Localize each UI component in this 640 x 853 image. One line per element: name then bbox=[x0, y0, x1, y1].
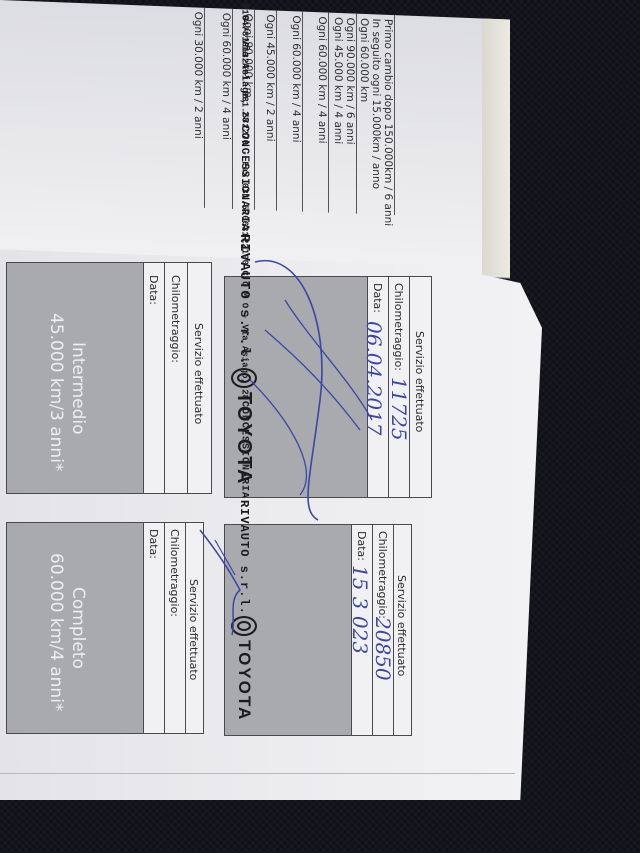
service-header: Servizio effettuato bbox=[186, 523, 202, 733]
service-card-completo: Completo 60.000 km/4 anni* Data: Chilome… bbox=[6, 522, 204, 734]
mileage-label: Chilometraggio: bbox=[169, 275, 182, 363]
interval-text: Ogni 45.000 km / 4 anni bbox=[332, 17, 344, 145]
date-field[interactable]: Data: bbox=[144, 523, 165, 733]
interval-text: Ogni 30.000 km / 2 anni bbox=[192, 11, 204, 139]
stamp-panel: TOYOTA RIVAUTO s.r.l. CONCESSIONARIA 221… bbox=[225, 525, 352, 735]
interval-row: Ogni 60.000 km / 4 anni bbox=[204, 8, 233, 209]
page-edge-line bbox=[0, 773, 515, 774]
date-field[interactable]: Data: 15 3 023 bbox=[352, 525, 373, 735]
service-card-stamped-2: TOYOTA RIVAUTO s.r.l. CONCESSIONARIA 221… bbox=[224, 524, 412, 736]
interval-text: Ogni 60.000 km / 4 anni bbox=[316, 16, 328, 144]
interval-text: Primo cambio dopo 150.000km / 6 anni bbox=[382, 19, 394, 227]
date-label: Data: bbox=[147, 529, 160, 559]
interval-table: Primo cambio dopo 150.000km / 6 anniIn s… bbox=[176, 7, 394, 215]
service-title: Completo 60.000 km/4 anni* bbox=[45, 553, 89, 703]
interval-row: Ogni 45.000 km / 2 anni bbox=[254, 10, 277, 211]
mileage-value: 20850 bbox=[371, 617, 395, 681]
page-edge bbox=[482, 19, 510, 278]
service-title: Intermedio 45.000 km/3 anni* bbox=[45, 313, 89, 463]
service-title-panel: Intermedio 45.000 km/3 anni* bbox=[7, 263, 144, 493]
service-header-label: Servizio effettuato bbox=[192, 323, 205, 424]
interval-row: Ogni 60.000 km / 4 anni bbox=[302, 12, 329, 213]
interval-row: Ogni 60.000 km / 4 anni bbox=[276, 11, 303, 212]
top-page: Primo cambio dopo 150.000km / 6 anniIn s… bbox=[0, 0, 510, 279]
mileage-value: 11725 bbox=[387, 377, 411, 441]
mileage-field[interactable]: Chilometraggio: bbox=[165, 263, 188, 493]
service-card-stamped-1: TOYOTA RIVAUTO s.r.l. CONCESSIONARIA 221… bbox=[224, 276, 432, 498]
interval-text: Ogni 60.000 km / 4 anni bbox=[290, 15, 302, 143]
service-header: Servizio effettuato bbox=[410, 277, 430, 497]
mileage-field[interactable]: Chilometraggio: 11725 bbox=[389, 277, 410, 497]
mileage-label: Chilometraggio: bbox=[376, 531, 389, 619]
service-title-panel: Completo 60.000 km/4 anni* bbox=[7, 523, 144, 733]
mileage-label: Chilometraggio: bbox=[392, 283, 405, 371]
mileage-label: Chilometraggio: bbox=[168, 529, 181, 617]
dealer-stamp: TOYOTA RIVAUTO s.r.l. CONCESSIONARIA 221… bbox=[231, 545, 257, 721]
service-header-label: Servizio effettuato bbox=[395, 575, 408, 676]
service-header: Servizio effettuato bbox=[188, 263, 210, 493]
date-value: 15 3 023 bbox=[348, 565, 372, 654]
mileage-field[interactable]: Chilometraggio: 20850 bbox=[373, 525, 394, 735]
interval-text: Ogni 90.000 km / 6 anni bbox=[344, 17, 356, 145]
service-header-label: Servizio effettuato bbox=[187, 579, 200, 680]
date-field[interactable]: Data: 06.04.2017 bbox=[368, 277, 389, 497]
interval-text: In seguito ogni 15.000km / anno bbox=[370, 18, 382, 189]
interval-row: Ogni 30.000 km / 2 anni bbox=[182, 7, 205, 208]
interval-row: Primo cambio dopo 150.000km / 6 anniIn s… bbox=[356, 14, 395, 215]
toyota-logo-icon bbox=[231, 616, 257, 636]
service-card-intermedio: Intermedio 45.000 km/3 anni* Data: Chilo… bbox=[6, 262, 212, 494]
date-label: Data: bbox=[355, 531, 368, 561]
interval-text: Ogni 60.000 km bbox=[358, 18, 370, 103]
mileage-field[interactable]: Chilometraggio: bbox=[165, 523, 186, 733]
interval-text: Ogni 45.000 km / 2 anni bbox=[264, 14, 276, 142]
service-header-label: Servizio effettuato bbox=[413, 331, 426, 432]
service-header: Servizio effettuato bbox=[394, 525, 410, 735]
date-label: Data: bbox=[371, 283, 384, 313]
date-value: 06.04.2017 bbox=[362, 321, 386, 436]
interval-row: Ogni 90.000 km / 6 anniOgni 45.000 km / … bbox=[328, 13, 357, 214]
interval-text: Ogni 60.000 km / 4 anni bbox=[220, 12, 232, 140]
date-label: Data: bbox=[147, 275, 160, 305]
date-field[interactable]: Data: bbox=[144, 263, 165, 493]
